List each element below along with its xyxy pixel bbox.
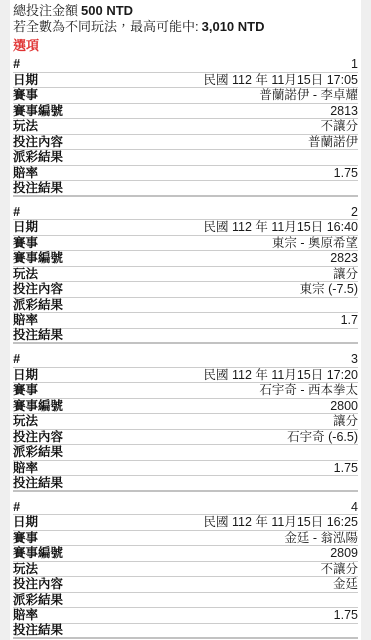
bet-content-row-value: 石宇奇 (-6.5) — [287, 430, 358, 444]
event-number-row-value: 2813 — [330, 104, 358, 118]
payout-result-row: 派彩結果 — [13, 150, 358, 166]
play-type-row-label: 玩法 — [13, 562, 38, 576]
payout-result-row-label: 派彩結果 — [13, 593, 63, 607]
index-row-value: 2 — [351, 205, 358, 219]
payout-result-row: 派彩結果 — [13, 593, 358, 609]
play-type-row-value: 讓分 — [333, 414, 358, 428]
index-row-label: # — [13, 500, 20, 514]
event-number-row-value: 2809 — [330, 546, 358, 560]
index-row-value: 1 — [351, 57, 358, 71]
event-number-row: 賽事編號 2800 — [13, 399, 358, 415]
play-type-row-value: 不讓分 — [320, 562, 358, 576]
bet-content-row: 投注內容 東宗 (-7.5) — [13, 282, 358, 298]
bet-content-row: 投注內容 金廷 — [13, 577, 358, 593]
max-win-label: 若全數為不同玩法，最高可能中: — [13, 19, 199, 34]
event-number-row-label: 賽事編號 — [13, 546, 63, 560]
bet-content-row: 投注內容 普蘭諾伊 — [13, 135, 358, 151]
date-row-value: 民國 112 年 11月15日 16:25 — [204, 515, 358, 529]
payout-result-row-label: 派彩結果 — [13, 150, 63, 164]
play-type-row-label: 玩法 — [13, 414, 38, 428]
event-row-value: 金廷 - 翁泓陽 — [284, 531, 358, 545]
index-row-label: # — [13, 205, 20, 219]
event-row-value: 石宇奇 - 西本拳太 — [259, 383, 358, 397]
event-row-label: 賽事 — [13, 383, 38, 397]
bet-content-row-label: 投注內容 — [13, 577, 63, 591]
event-row: 賽事 普蘭諾伊 - 李卓耀 — [13, 88, 358, 104]
odds-row: 賠率 1.75 — [13, 461, 358, 477]
date-row-value: 民國 112 年 11月15日 16:40 — [204, 220, 358, 234]
bet-result-row: 投注結果 — [13, 329, 358, 345]
event-number-row: 賽事編號 2823 — [13, 251, 358, 267]
index-row-value: 4 — [351, 500, 358, 514]
odds-row: 賠率 1.7 — [13, 313, 358, 329]
odds-row-value: 1.75 — [334, 461, 358, 475]
index-row: # 2 — [13, 205, 358, 221]
date-row: 日期 民國 112 年 11月15日 16:25 — [13, 515, 358, 531]
max-win-value: 3,010 NTD — [202, 19, 265, 34]
odds-row-value: 1.7 — [341, 313, 358, 327]
index-row: # 3 — [13, 352, 358, 368]
index-row-value: 3 — [351, 352, 358, 366]
play-type-row: 玩法 讓分 — [13, 267, 358, 283]
index-row-label: # — [13, 57, 20, 71]
total-stake-line: 總投注金額500 NTD — [13, 3, 358, 19]
options-heading: 選項 — [13, 38, 358, 54]
date-row-label: 日期 — [13, 73, 38, 87]
selection-section: # 2 日期 民國 112 年 11月15日 16:40 賽事 東宗 - 奧原希… — [13, 205, 358, 345]
date-row-label: 日期 — [13, 515, 38, 529]
odds-row-value: 1.75 — [334, 166, 358, 180]
selections-list: # 1 日期 民國 112 年 11月15日 17:05 賽事 普蘭諾伊 - 李… — [13, 57, 358, 639]
selection-section: # 4 日期 民國 112 年 11月15日 16:25 賽事 金廷 - 翁泓陽… — [13, 500, 358, 640]
event-row: 賽事 石宇奇 - 西本拳太 — [13, 383, 358, 399]
play-type-row: 玩法 不讓分 — [13, 119, 358, 135]
bet-content-row: 投注內容 石宇奇 (-6.5) — [13, 430, 358, 446]
bet-result-row-label: 投注結果 — [13, 328, 63, 342]
event-row-label: 賽事 — [13, 236, 38, 250]
event-number-row-value: 2800 — [330, 399, 358, 413]
event-number-row-value: 2823 — [330, 251, 358, 265]
payout-result-row-label: 派彩結果 — [13, 445, 63, 459]
date-row-value: 民國 112 年 11月15日 17:05 — [204, 73, 358, 87]
date-row-label: 日期 — [13, 368, 38, 382]
event-row: 賽事 東宗 - 奧原希望 — [13, 236, 358, 252]
date-row-value: 民國 112 年 11月15日 17:20 — [204, 368, 358, 382]
play-type-row-value: 讓分 — [333, 267, 358, 281]
event-row: 賽事 金廷 - 翁泓陽 — [13, 531, 358, 547]
bet-content-row-label: 投注內容 — [13, 282, 63, 296]
payout-result-row: 派彩結果 — [13, 298, 358, 314]
date-row: 日期 民國 112 年 11月15日 16:40 — [13, 220, 358, 236]
bet-result-row: 投注結果 — [13, 181, 358, 197]
bet-result-row: 投注結果 — [13, 624, 358, 640]
play-type-row-value: 不讓分 — [320, 119, 358, 133]
bet-content-row-value: 金廷 — [333, 577, 358, 591]
event-number-row-label: 賽事編號 — [13, 104, 63, 118]
date-row: 日期 民國 112 年 11月15日 17:20 — [13, 368, 358, 384]
odds-row-label: 賠率 — [13, 461, 38, 475]
odds-row-label: 賠率 — [13, 166, 38, 180]
bet-content-row-label: 投注內容 — [13, 135, 63, 149]
play-type-row: 玩法 讓分 — [13, 414, 358, 430]
play-type-row-label: 玩法 — [13, 119, 38, 133]
bet-result-row-label: 投注結果 — [13, 623, 63, 637]
max-win-line: 若全數為不同玩法，最高可能中:3,010 NTD — [13, 19, 358, 35]
event-row-label: 賽事 — [13, 88, 38, 102]
bet-content-row-value: 普蘭諾伊 — [308, 135, 358, 149]
index-row-label: # — [13, 352, 20, 366]
index-row: # 1 — [13, 57, 358, 73]
bet-result-row: 投注結果 — [13, 476, 358, 492]
odds-row: 賠率 1.75 — [13, 166, 358, 182]
odds-row-label: 賠率 — [13, 313, 38, 327]
date-row-label: 日期 — [13, 220, 38, 234]
play-type-row-label: 玩法 — [13, 267, 38, 281]
event-row-value: 普蘭諾伊 - 李卓耀 — [259, 88, 358, 102]
event-number-row: 賽事編號 2813 — [13, 104, 358, 120]
odds-row-value: 1.75 — [334, 608, 358, 622]
event-row-label: 賽事 — [13, 531, 38, 545]
event-number-row: 賽事編號 2809 — [13, 546, 358, 562]
event-row-value: 東宗 - 奧原希望 — [272, 236, 358, 250]
total-stake-value: 500 NTD — [81, 3, 133, 18]
bet-result-row-label: 投注結果 — [13, 181, 63, 195]
odds-row: 賠率 1.75 — [13, 608, 358, 624]
payout-result-row-label: 派彩結果 — [13, 298, 63, 312]
odds-row-label: 賠率 — [13, 608, 38, 622]
bet-content-row-label: 投注內容 — [13, 430, 63, 444]
play-type-row: 玩法 不讓分 — [13, 562, 358, 578]
date-row: 日期 民國 112 年 11月15日 17:05 — [13, 73, 358, 89]
total-stake-label: 總投注金額 — [13, 3, 78, 18]
bet-result-row-label: 投注結果 — [13, 476, 63, 490]
event-number-row-label: 賽事編號 — [13, 399, 63, 413]
bet-content-row-value: 東宗 (-7.5) — [300, 282, 358, 296]
bet-slip-detail-page: 總投注金額500 NTD 若全數為不同玩法，最高可能中:3,010 NTD 選項… — [10, 0, 361, 640]
index-row: # 4 — [13, 500, 358, 516]
selection-section: # 1 日期 民國 112 年 11月15日 17:05 賽事 普蘭諾伊 - 李… — [13, 57, 358, 197]
payout-result-row: 派彩結果 — [13, 445, 358, 461]
event-number-row-label: 賽事編號 — [13, 251, 63, 265]
selection-section: # 3 日期 民國 112 年 11月15日 17:20 賽事 石宇奇 - 西本… — [13, 352, 358, 492]
